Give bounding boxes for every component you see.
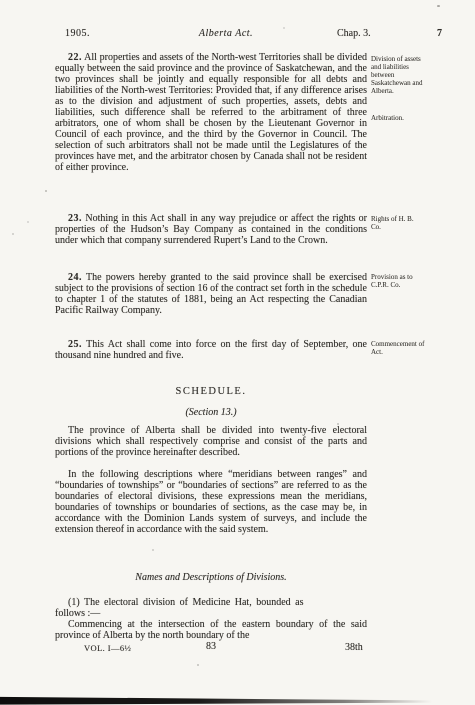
section-23-paragraph: 23. Nothing in this Act shall in any way… — [55, 213, 367, 246]
division-1-line2: follows :— — [55, 608, 367, 619]
schedule-section-reference: (Section 13.) — [55, 407, 367, 418]
scan-speck — [437, 5, 440, 7]
division-1-paragraph: (1) The electoral division of Medicine H… — [55, 597, 367, 619]
scan-speck — [152, 549, 154, 551]
scanned-statute-page: 1905. Alberta Act. Chap. 3. 7 22. All pr… — [0, 0, 475, 705]
division-1-description-start: Commencing at the intersection of the ea… — [55, 619, 367, 641]
scan-speck — [283, 27, 285, 29]
section-22-text: All properties and assets of the North-w… — [55, 52, 367, 173]
division-1-line1: (1) The electoral division of Medicine H… — [55, 597, 367, 608]
footer-catchword: 38th — [345, 642, 363, 653]
schedule-subheading: Names and Descriptions of Divisions. — [55, 572, 367, 583]
section-25-number: 25. — [68, 339, 82, 350]
scan-speck — [45, 190, 47, 192]
scan-speck — [27, 221, 29, 223]
schedule-heading: SCHEDULE. — [55, 386, 367, 397]
section-24-paragraph: 24. The powers hereby granted to the sai… — [55, 272, 367, 316]
header-chapter: Chap. 3. — [337, 28, 371, 39]
margin-note-commencement: Commencement of Act. — [371, 340, 425, 356]
scan-speck — [197, 664, 199, 666]
scan-artifact-wedge — [0, 696, 441, 705]
scan-speck — [337, 423, 339, 425]
section-22-number: 22. — [68, 52, 82, 63]
section-25-text: This Act shall come into force on the fi… — [55, 339, 367, 361]
footer-page-number: 83 — [55, 641, 367, 652]
header-page-number: 7 — [437, 28, 442, 39]
section-23-number: 23. — [68, 213, 82, 224]
margin-note-division-of-assets: Division of assets and liabilities betwe… — [371, 55, 425, 95]
scan-speck — [12, 233, 14, 235]
schedule-paragraph-1: The province of Alberta shall be divided… — [55, 425, 367, 458]
margin-note-hbc-rights: Rights of H. B. Co. — [371, 215, 425, 231]
schedule-paragraph-2: In the following descriptions where “mer… — [55, 469, 367, 535]
section-25-paragraph: 25. This Act shall come into force on th… — [55, 339, 367, 361]
margin-note-cpr-provision: Provision as to C.P.R. Co. — [371, 273, 425, 289]
section-22-paragraph: 22. All properties and assets of the Nor… — [55, 52, 367, 173]
section-24-text: The powers hereby granted to the said pr… — [55, 272, 367, 316]
section-23-text: Nothing in this Act shall in any way pre… — [55, 213, 367, 246]
margin-note-arbitration: Arbitration. — [371, 114, 425, 122]
section-24-number: 24. — [68, 272, 82, 283]
